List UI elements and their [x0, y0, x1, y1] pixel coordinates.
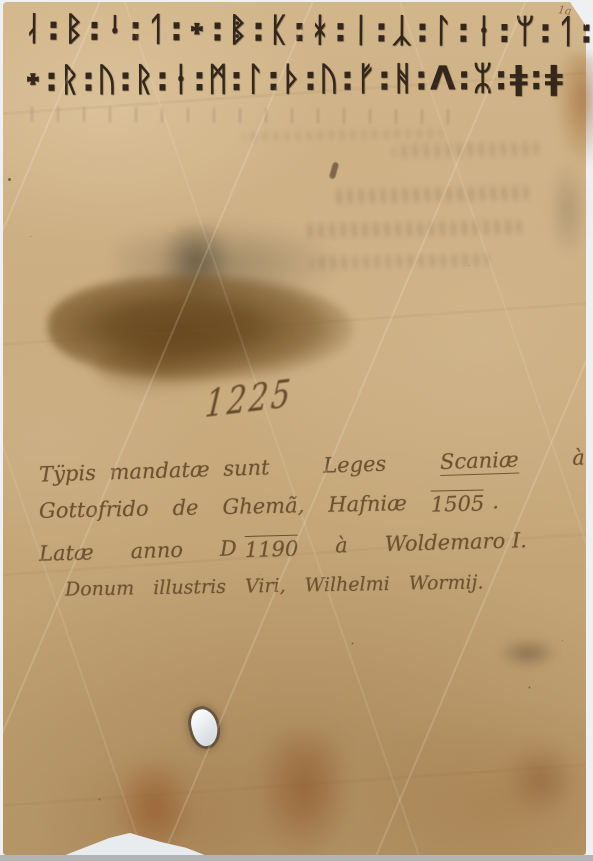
latin-text: Woldemaro I.: [384, 528, 527, 558]
small-ink-squiggle: [329, 162, 339, 180]
bleedthrough-text-line: [303, 220, 521, 238]
vellum-hole: [188, 707, 221, 749]
runic-alphabet-row-1: ᛆ:ᛒ:ᛍ:ᛐ:᛭:ᛔ:ᛕ:ᚼ:ᛁ:ᛣ:ᛚ:ᚽ:ᛘ:ᛐ:ᛯ: [23, 9, 583, 51]
latin-text: Ghemã,: [222, 493, 304, 521]
latin-note-line-1: Tÿpis mandatæ sunt Leges Scaniæ à: [39, 445, 586, 488]
bleedthrough-text-line: [311, 253, 489, 269]
photo-edge-strip: [0, 855, 593, 861]
latin-text: .: [492, 489, 499, 515]
latin-date-overlined: 1505: [431, 489, 485, 516]
latin-text: anno: [130, 538, 183, 565]
latin-text: à: [572, 445, 585, 471]
ink-specks: [8, 178, 11, 181]
folio-corner-mark: 1a: [558, 3, 573, 18]
faint-pencil-transliteration-marks: [31, 106, 461, 124]
latin-note-line-3: Latæ anno D1190 à Woldemaro I.: [39, 528, 528, 568]
latin-note-line-4: Donum illustris Viri, Wilhelmi Wormij.: [65, 571, 484, 600]
latin-text: à: [335, 533, 348, 559]
runic-alphabet-row-2: ᛭:ᚱ:ᚢ:ᚱ:ᚽ:ᛗ:ᛚ:ᚦ:ᚢ:ᚠ:ᚻ:Λ:ᛯ:ǂ:ǂ: [23, 58, 523, 99]
large-brown-stain: [48, 274, 353, 382]
bottom-rust-stain: [503, 742, 578, 817]
latin-text: Gottofrido: [39, 497, 149, 525]
latin-text-underlined: Scaniæ: [440, 448, 519, 476]
latin-text: Tÿpis mandatæ sunt: [39, 455, 270, 488]
bleedthrough-text-line: [393, 142, 538, 159]
dark-smudge-stain: [161, 226, 231, 306]
large-brown-stain-core: [73, 294, 288, 366]
latin-date: D1190: [220, 535, 299, 563]
latin-text: Hafniæ: [328, 491, 407, 519]
latin-text: D: [220, 536, 238, 562]
small-smudge: [498, 637, 558, 669]
bleedthrough-smudge: [547, 160, 589, 261]
latin-date: 1505.: [431, 489, 500, 516]
latin-text: Leges: [323, 452, 387, 480]
latin-text: Latæ: [39, 540, 94, 568]
bleedthrough-text-line: [333, 186, 528, 203]
latin-text: de: [172, 495, 198, 522]
manuscript-photo: ᛆ:ᛒ:ᛍ:ᛐ:᛭:ᛔ:ᛕ:ᚼ:ᛁ:ᛣ:ᛚ:ᚽ:ᛘ:ᛐ:ᛯ ᛭:ᚱ:ᚢ:ᚱ:ᚽ:…: [0, 0, 593, 861]
latin-note-line-2: Gottofrido de Ghemã, Hafniæ 1505.: [39, 489, 499, 525]
parchment-page: ᛆ:ᛒ:ᛍ:ᛐ:᛭:ᛔ:ᛕ:ᚼ:ᛁ:ᛣ:ᛚ:ᚽ:ᛘ:ᛐ:ᛯ ᛭:ᚱ:ᚢ:ᚱ:ᚽ:…: [3, 2, 586, 855]
year-inscription: 1225: [203, 372, 295, 427]
latin-date-overlined: 1190: [244, 535, 298, 562]
bottom-rust-stain: [255, 730, 345, 860]
bleedthrough-text-line: [243, 128, 443, 141]
